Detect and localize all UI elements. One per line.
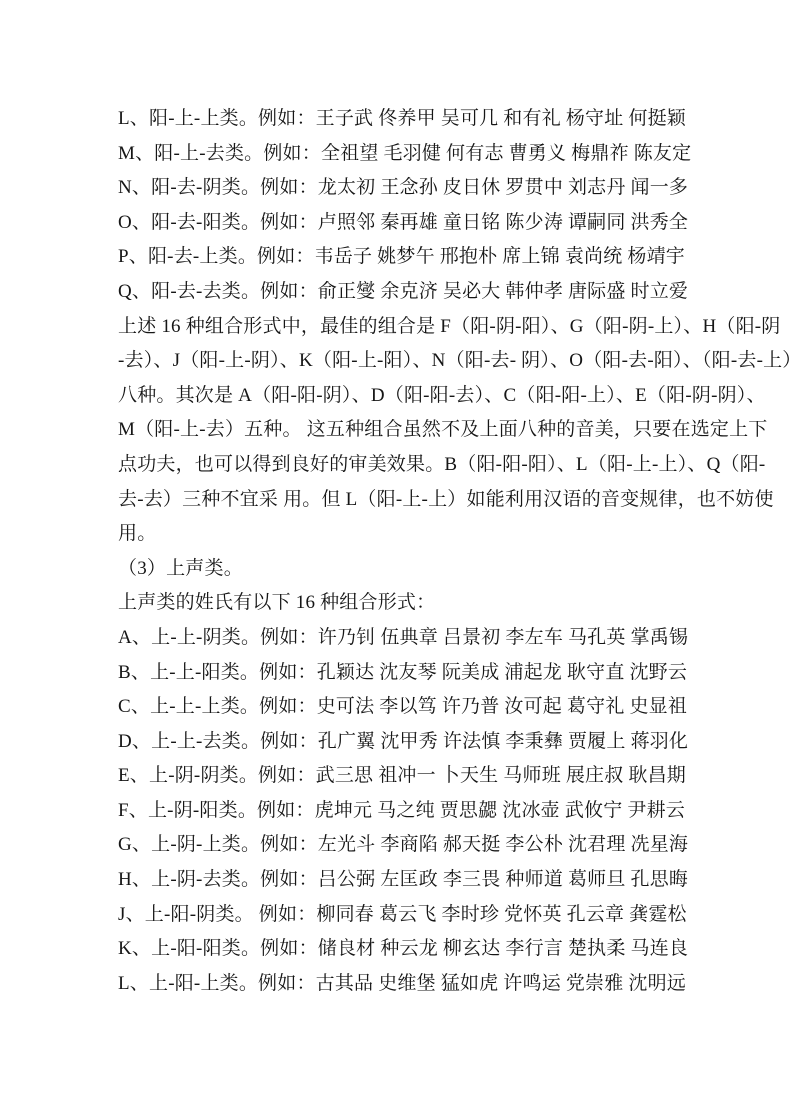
text-line: C、上-上-上类。例如：史可法 李以笃 许乃普 汝可起 葛守礼 史显祖 bbox=[118, 690, 684, 725]
text-line: O、阳-去-阳类。例如：卢照邻 秦再雄 童日铭 陈少涛 谭嗣同 洪秀全 bbox=[118, 206, 684, 241]
text-line: L、上-阳-上类。例如：古其品 史维堡 猛如虎 许鸣运 党崇雅 沈明远 bbox=[118, 967, 684, 1002]
text-line: 去-去）三种不宜采 用。但 L（阳-上-上）如能利用汉语的音变规律，也不妨使 bbox=[118, 483, 684, 518]
text-line: H、上-阴-去类。例如：吕公弼 左匡政 李三畏 种师道 葛师旦 孔思晦 bbox=[118, 863, 684, 898]
text-line: 用。 bbox=[118, 517, 684, 552]
text-line: F、上-阴-阳类。例如：虎坤元 马之纯 贾思勰 沈冰壶 武攸宁 尹耕云 bbox=[118, 794, 684, 829]
text-line: G、上-阴-上类。例如：左光斗 李商陷 郝天挺 李公朴 沈君理 冼星海 bbox=[118, 828, 684, 863]
text-line: Q、阳-去-去类。例如：俞正燮 余克济 吴必大 韩仲孝 唐际盛 时立爱 bbox=[118, 275, 684, 310]
text-line: -去）、J（阳-上-阴）、K（阳-上-阳）、N（阳-去- 阴）、O（阳-去-阳）… bbox=[118, 344, 684, 379]
text-line: E、上-阴-阴类。例如：武三思 祖冲一 卜天生 马师班 展庄叔 耿昌期 bbox=[118, 759, 684, 794]
text-line: 八种。其次是 A（阳-阳-阴）、D（阳-阳-去）、C（阳-阳-上）、E（阳-阴-… bbox=[118, 379, 684, 414]
text-line: K、上-阳-阳类。例如：储良材 种云龙 柳玄达 李行言 楚执柔 马连良 bbox=[118, 932, 684, 967]
document-body: L、阳-上-上类。例如：王子武 佟养甲 吴可几 和有礼 杨守址 何挺颖M、阳-上… bbox=[118, 102, 684, 1001]
text-line: 上述 16 种组合形式中，最佳的组合是 F（阳-阴-阳）、G（阳-阴-上）、H（… bbox=[118, 310, 684, 345]
text-line: 上声类的姓氏有以下 16 种组合形式： bbox=[118, 586, 684, 621]
text-line: A、上-上-阴类。例如：许乃钊 伍典章 吕景初 李左车 马孔英 掌禹锡 bbox=[118, 621, 684, 656]
text-line: M（阳-上-去）五种。 这五种组合虽然不及上面八种的音美，只要在选定上下 bbox=[118, 413, 684, 448]
text-line: L、阳-上-上类。例如：王子武 佟养甲 吴可几 和有礼 杨守址 何挺颖 bbox=[118, 102, 684, 137]
text-line: M、阳-上-去类。例如：全祖望 毛羽健 何有志 曹勇义 梅鼎祚 陈友定 bbox=[118, 137, 684, 172]
text-line: D、上-上-去类。例如：孔广翼 沈甲秀 许法慎 李秉彝 贾履上 蒋羽化 bbox=[118, 725, 684, 760]
text-line: N、阳-去-阴类。例如：龙太初 王念孙 皮日休 罗贯中 刘志丹 闻一多 bbox=[118, 171, 684, 206]
document-page: L、阳-上-上类。例如：王子武 佟养甲 吴可几 和有礼 杨守址 何挺颖M、阳-上… bbox=[0, 0, 792, 1120]
text-line: B、上-上-阳类。例如：孔颖达 沈友琴 阮美成 浦起龙 耿守直 沈野云 bbox=[118, 656, 684, 691]
text-line: P、阳-去-上类。例如：韦岳子 姚梦午 邢抱朴 席上锦 袁尚统 杨靖宇 bbox=[118, 240, 684, 275]
text-line: （3）上声类。 bbox=[118, 552, 684, 587]
text-line: J、上-阳-阴类。 例如：柳同春 葛云飞 李时珍 党怀英 孔云章 龚霆松 bbox=[118, 898, 684, 933]
text-line: 点功夫，也可以得到良好的审美效果。B（阳-阳-阳）、L（阳-上-上）、Q（阳- bbox=[118, 448, 684, 483]
